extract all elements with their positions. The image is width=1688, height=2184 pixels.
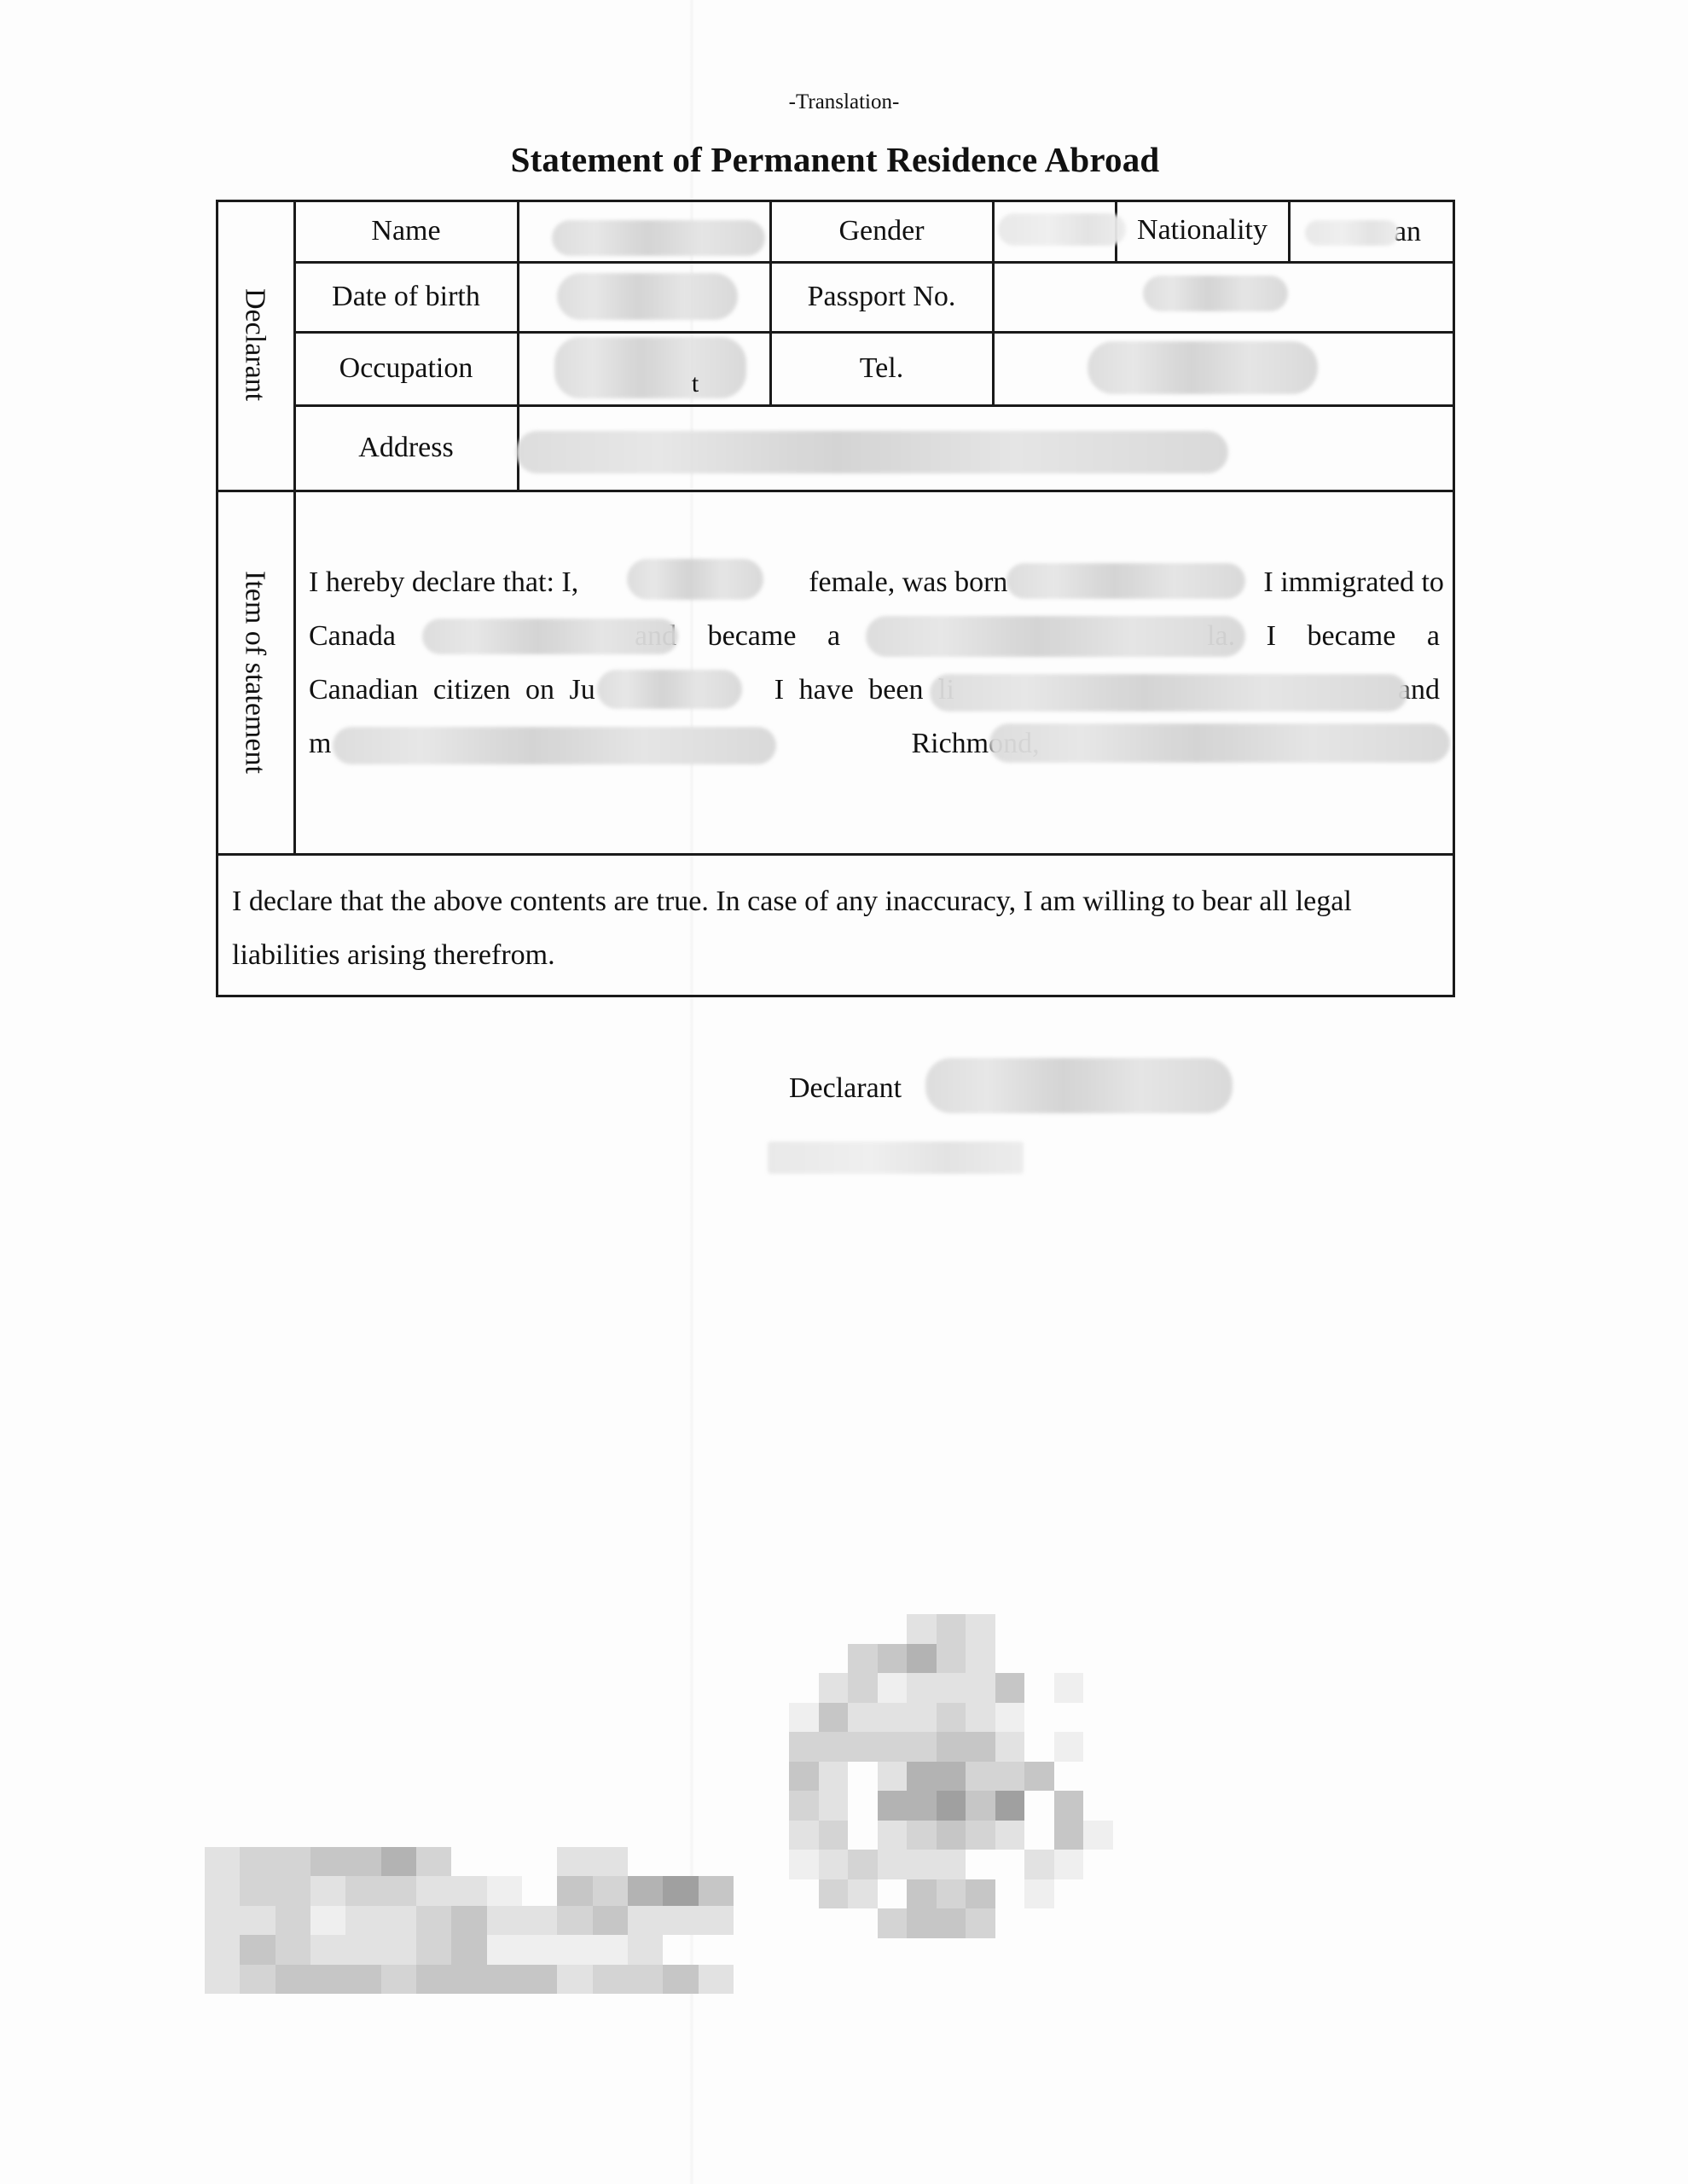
translator-info-pixelated — [205, 1847, 734, 1994]
section-divider — [216, 853, 1454, 856]
occupation-value-redacted — [554, 337, 746, 398]
section-divider — [216, 490, 1454, 492]
occupation-label: Occupation — [295, 333, 517, 404]
official-stamp-pixelated — [789, 1614, 1113, 1938]
statement-line: I hereby declare that: I,female, was bor… — [309, 555, 1440, 609]
dob-value-redacted — [557, 273, 738, 320]
declarant-section-label: Declarant — [216, 200, 293, 491]
nationality-label: Nationality — [1117, 201, 1288, 259]
statement-redaction — [627, 559, 763, 600]
table-border-bottom — [216, 995, 1454, 997]
tel-label: Tel. — [771, 333, 992, 404]
col-divider — [1288, 200, 1291, 262]
statement-redaction — [597, 670, 742, 709]
translation-label: -Translation- — [0, 90, 1688, 114]
declaration-text: I declare that the above contents are tr… — [232, 874, 1443, 982]
declarant-signature-redacted — [925, 1058, 1233, 1113]
declarant-signature-label: Declarant — [789, 1072, 902, 1105]
occupation-value-fragment: t — [682, 367, 708, 401]
statement-redaction — [1006, 563, 1245, 599]
statement-redaction — [422, 619, 678, 654]
signature-date-redacted — [768, 1141, 1024, 1174]
statement-redaction — [866, 616, 1245, 657]
name-label: Name — [295, 201, 517, 261]
passport-value-redacted — [1143, 276, 1288, 311]
dob-label: Date of birth — [295, 263, 517, 331]
tel-value-redacted — [1088, 341, 1318, 394]
address-value-redacted — [516, 431, 1228, 473]
gender-label: Gender — [771, 201, 992, 261]
name-value-redacted — [552, 220, 765, 256]
table-border-right — [1453, 200, 1455, 997]
passport-label: Passport No. — [771, 263, 992, 331]
nationality-value-redacted — [1305, 220, 1399, 246]
address-label: Address — [295, 406, 517, 490]
document-title: Statement of Permanent Residence Abroad — [0, 139, 1670, 180]
col-divider — [992, 200, 995, 405]
statement-section-label: Item of statement — [216, 491, 293, 854]
statement-redaction — [989, 723, 1450, 763]
gender-value-redacted — [998, 213, 1126, 246]
statement-redaction — [333, 727, 776, 764]
statement-redaction — [930, 674, 1407, 712]
